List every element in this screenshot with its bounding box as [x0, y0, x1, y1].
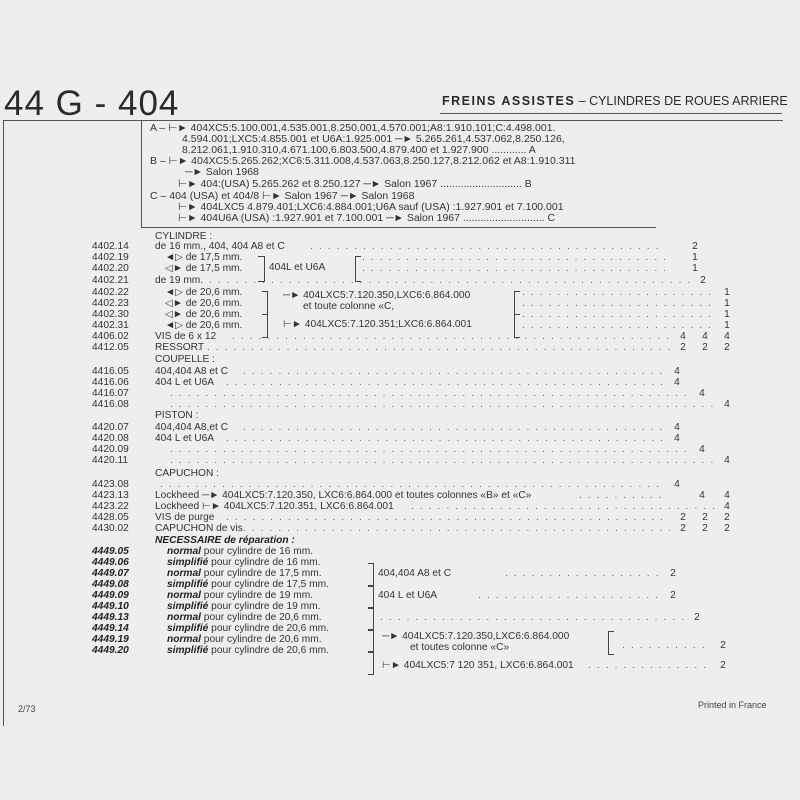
part-description: 404,404 A8,et C: [155, 422, 228, 433]
quantity: 4: [700, 331, 710, 342]
quantity: 4: [722, 455, 732, 466]
part-ref: 4449.10: [92, 601, 144, 612]
applicability-b-line2: ─► Salon 1968: [185, 167, 259, 178]
leader-dots: . . . . . . . . . . . . . . . . . . . . …: [232, 331, 670, 342]
part-ref: 4420.07: [92, 422, 144, 433]
kit-type: simplifié: [167, 601, 208, 612]
bracket-206b: [262, 314, 268, 338]
quantity: 1: [722, 287, 732, 298]
part-description: ◄▷ de 17,5 mm.: [165, 252, 242, 263]
part-ref: 4402.30: [92, 309, 144, 320]
quantity: 1: [722, 309, 732, 320]
quantity: 4: [672, 422, 682, 433]
part-description: VIS de 6 x 12: [155, 331, 216, 342]
quantity: 4: [722, 399, 732, 410]
leader-dots: . . . . . . . . . . . . . . . . . . . . …: [170, 399, 715, 410]
quantity: 2: [692, 612, 702, 623]
applicability-box-bottom: [141, 227, 656, 228]
part-description: normal pour cylindre de 20,6 mm.: [167, 634, 322, 645]
quantity: 2: [678, 342, 688, 353]
group-label-n17: 404 L et U6A: [378, 590, 437, 601]
bracket-n19: [368, 607, 374, 631]
quantity: 2: [700, 523, 710, 534]
quantity: 4: [672, 366, 682, 377]
part-description: 404 L et U6A: [155, 377, 214, 388]
bracket-17mm-right: [355, 256, 361, 282]
bracket-n17: [368, 585, 374, 609]
quantity: 4: [672, 433, 682, 444]
leader-dots: . . . . . . . . . . . . . . . . . . . . …: [226, 512, 670, 523]
quantity: 2: [668, 568, 678, 579]
part-description: ◁► de 17,5 mm.: [165, 263, 242, 274]
applicability-box-left: [141, 120, 142, 228]
part-description: ◁► de 20,6 mm.: [165, 309, 242, 320]
page-title: 44 G - 404: [4, 84, 179, 124]
quantity: 2: [678, 512, 688, 523]
header-rule: [440, 113, 782, 114]
part-description: VIS de purge: [155, 512, 214, 523]
category-heading: CAPUCHON :: [155, 468, 219, 479]
leader-dots: . . . . . . . . . . . . . . . . . . . . …: [622, 640, 710, 651]
section-heading: FREINS ASSISTES – CYLINDRES DE ROUES ARR…: [442, 94, 788, 108]
quantity: 1: [690, 263, 700, 274]
leader-dots: . . . . . . . . . . . . . . . . . . . . …: [411, 501, 715, 512]
kit-type: normal: [167, 568, 201, 579]
part-description: Lockheed ─► 404LXC5:7.120.350, LXC6:6.86…: [155, 490, 531, 501]
part-ref: 4423.08: [92, 479, 144, 490]
part-description: normal pour cylindre de 17,5 mm.: [167, 568, 322, 579]
group-label-206b: ⊢► 404LXC5:7.120.351;LXC6:6.864.001: [283, 319, 472, 330]
quantity: 1: [690, 252, 700, 263]
kit-type: simplifié: [167, 623, 208, 634]
applicability-c-line3: ⊢► 404U6A (USA) :1.927.901 et 7.100.001 …: [178, 213, 555, 224]
part-description: normal pour cylindre de 16 mm.: [167, 546, 313, 557]
leader-dots: . . . . . . . . . . . . . . . . . . . . …: [243, 366, 665, 377]
part-ref: 4416.08: [92, 399, 144, 410]
leader-dots: . . . . . . . . . . . . . . . . . . . . …: [170, 455, 715, 466]
part-ref: 4449.13: [92, 612, 144, 623]
group-label-206a-2: et toute colonne «C,: [303, 301, 394, 312]
part-ref: 4423.22: [92, 501, 144, 512]
part-ref: 4420.08: [92, 433, 144, 444]
quantity: 2: [668, 590, 678, 601]
quantity: 4: [697, 444, 707, 455]
kit-type: normal: [167, 612, 201, 623]
part-ref: 4420.11: [92, 455, 144, 466]
group-label-n206a-2: et toutes colonne «C»: [410, 642, 509, 653]
group-label-206a-1: ─► 404LXC5:7.120.350,LXC6:6.864.000: [283, 290, 470, 301]
part-description: simplifié pour cylindre de 17,5 mm.: [167, 579, 329, 590]
part-ref: 4416.07: [92, 388, 144, 399]
bracket-17mm: [258, 256, 265, 282]
part-description: ◄▷ de 20,6 mm.: [165, 320, 242, 331]
printed-in: Printed in France: [698, 700, 767, 710]
quantity: 2: [690, 241, 700, 252]
leader-dots: . . . . . . . . . . . . . . . . . . . . …: [226, 377, 665, 388]
quantity: 2: [698, 275, 708, 286]
quantity: 2: [722, 523, 732, 534]
part-ref: 4412.05: [92, 342, 144, 353]
part-description: ◄▷ de 20,6 mm.: [165, 287, 242, 298]
part-description: 404,404 A8 et C: [155, 366, 228, 377]
part-ref: 4420.09: [92, 444, 144, 455]
leader-dots: . . . . . . . . . . . . . . . . . . . . …: [209, 275, 690, 286]
leader-dots: . . . . . . . . . . . . . . . . . . . . …: [310, 241, 665, 252]
quantity: 2: [700, 512, 710, 523]
part-ref: 4423.13: [92, 490, 144, 501]
section-heading-rest: – CYLINDRES DE ROUES ARRIERE: [575, 94, 788, 108]
leader-dots: . . . . . . . . . . . . . . . . . . . . …: [579, 490, 665, 501]
part-description: de 19 mm.: [155, 275, 203, 286]
quantity: 4: [672, 377, 682, 388]
group-label-n206a-1: ─► 404LXC5:7.120.350,LXC6:6.864.000: [382, 631, 569, 642]
part-description: normal pour cylindre de 20,6 mm.: [167, 612, 322, 623]
part-ref: 4416.06: [92, 377, 144, 388]
part-ref: 4449.05: [92, 546, 144, 557]
bracket-206b-right: [514, 314, 520, 338]
group-label-n206b: ⊢► 404LXC5:7 120 351, LXC6:6.864.001: [382, 660, 574, 671]
part-ref: 4402.31: [92, 320, 144, 331]
bracket-n206a-right: [608, 631, 614, 655]
leader-dots: . . . . . . . . . . . . . . . . . . . . …: [522, 320, 715, 331]
leader-dots: . . . . . . . . . . . . . . . . . . . . …: [243, 422, 665, 433]
part-description: simplifié pour cylindre de 16 mm.: [167, 557, 320, 568]
quantity: 1: [722, 320, 732, 331]
part-description: 404 L et U6A: [155, 433, 214, 444]
page-number: 2/73: [18, 704, 36, 714]
quantity: 2: [722, 512, 732, 523]
top-frame: [3, 120, 783, 121]
part-ref: 4402.19: [92, 252, 144, 263]
part-ref: 4449.08: [92, 579, 144, 590]
leader-dots: . . . . . . . . . . . . . . . . . . . . …: [505, 568, 660, 579]
section-heading-bold: FREINS ASSISTES: [442, 94, 575, 108]
part-description: CAPUCHON de vis: [155, 523, 243, 534]
part-description: RESSORT: [155, 342, 204, 353]
leader-dots: . . . . . . . . . . . . . . . . . . . . …: [362, 263, 665, 274]
part-ref: 4449.06: [92, 557, 144, 568]
leader-dots: . . . . . . . . . . . . . . . . . . . . …: [170, 388, 690, 399]
part-description: ◁► de 20,6 mm.: [165, 298, 242, 309]
leader-dots: . . . . . . . . . . . . . . . . . . . . …: [522, 309, 715, 320]
part-ref: 4449.20: [92, 645, 144, 656]
quantity: 4: [672, 479, 682, 490]
bracket-n206a: [368, 629, 374, 653]
part-description: Lockheed ⊢► 404LXC5:7.120.351, LXC6:6.86…: [155, 501, 394, 512]
bracket-n206b: [368, 651, 374, 675]
part-ref: 4449.09: [92, 590, 144, 601]
leader-dots: . . . . . . . . . . . . . . . . . . . . …: [198, 342, 670, 353]
kit-type: normal: [167, 590, 201, 601]
part-description: simplifié pour cylindre de 19 mm.: [167, 601, 320, 612]
kit-type: simplifié: [167, 645, 208, 656]
kit-type: normal: [167, 546, 201, 557]
leader-dots: . . . . . . . . . . . . . . . . . . . . …: [160, 479, 665, 490]
part-ref: 4449.07: [92, 568, 144, 579]
category-heading: PISTON :: [155, 410, 198, 421]
category-heading: COUPELLE :: [155, 354, 215, 365]
quantity: 2: [718, 660, 728, 671]
quantity: 4: [697, 490, 707, 501]
group-label-17mm: 404L et U6A: [269, 262, 325, 273]
leader-dots: . . . . . . . . . . . . . . . . . . . . …: [522, 287, 715, 298]
quantity: 4: [722, 501, 732, 512]
quantity: 2: [722, 342, 732, 353]
part-ref: 4428.05: [92, 512, 144, 523]
leader-dots: . . . . . . . . . . . . . . . . . . . . …: [243, 523, 670, 534]
leader-dots: . . . . . . . . . . . . . . . . . . . . …: [522, 298, 715, 309]
leader-dots: . . . . . . . . . . . . . . . . . . . . …: [588, 660, 710, 671]
leader-dots: . . . . . . . . . . . . . . . . . . . . …: [478, 590, 660, 601]
quantity: 4: [722, 331, 732, 342]
leader-dots: . . . . . . . . . . . . . . . . . . . . …: [362, 252, 665, 263]
kit-type: normal: [167, 634, 201, 645]
part-description: simplifié pour cylindre de 20,6 mm.: [167, 645, 329, 656]
part-ref: 4402.22: [92, 287, 144, 298]
part-ref: 4402.14: [92, 241, 144, 252]
bracket-206a-right: [514, 291, 520, 315]
quantity: 2: [678, 523, 688, 534]
leader-dots: . . . . . . . . . . . . . . . . . . . . …: [380, 612, 684, 623]
kit-type: simplifié: [167, 579, 208, 590]
part-description: simplifié pour cylindre de 20,6 mm.: [167, 623, 329, 634]
part-ref: 4430.02: [92, 523, 144, 534]
part-ref: 4449.14: [92, 623, 144, 634]
quantity: 1: [722, 298, 732, 309]
kit-type: simplifié: [167, 557, 208, 568]
quantity: 4: [722, 490, 732, 501]
part-ref: 4402.23: [92, 298, 144, 309]
part-description: de 16 mm., 404, 404 A8 et C: [155, 241, 285, 252]
part-ref: 4449.19: [92, 634, 144, 645]
part-ref: 4406.02: [92, 331, 144, 342]
category-heading: NECESSAIRE de réparation :: [155, 535, 295, 546]
quantity: 4: [678, 331, 688, 342]
applicability-b-line3: ⊢► 404:(USA) 5.265.262 et 8.250.127 ─► S…: [178, 179, 532, 190]
leader-dots: . . . . . . . . . . . . . . . . . . . . …: [226, 433, 665, 444]
quantity: 2: [718, 640, 728, 651]
leader-dots: . . . . . . . . . . . . . . . . . . . . …: [170, 444, 690, 455]
part-ref: 4402.20: [92, 263, 144, 274]
bracket-n16: [368, 563, 374, 587]
quantity: 2: [700, 342, 710, 353]
part-description: normal pour cylindre de 19 mm.: [167, 590, 313, 601]
group-label-n16: 404,404 A8 et C: [378, 568, 451, 579]
part-ref: 4402.21: [92, 275, 144, 286]
bracket-206a: [262, 291, 268, 315]
quantity: 4: [697, 388, 707, 399]
part-ref: 4416.05: [92, 366, 144, 377]
